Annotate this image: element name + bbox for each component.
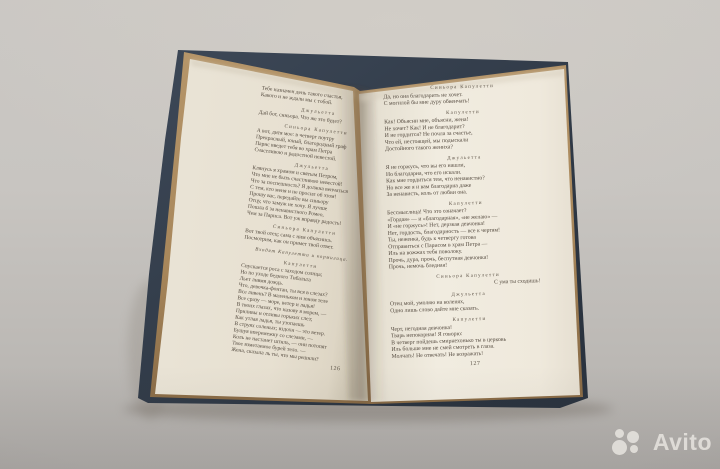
page-number-left: 126 <box>330 366 341 373</box>
page-number-right: 127 <box>470 361 481 367</box>
right-page-text: Синьора КапулеттиДа, но она благодарить … <box>383 77 550 360</box>
photo-scene: Тебе назначен день такого счастья,Какого… <box>0 0 720 469</box>
